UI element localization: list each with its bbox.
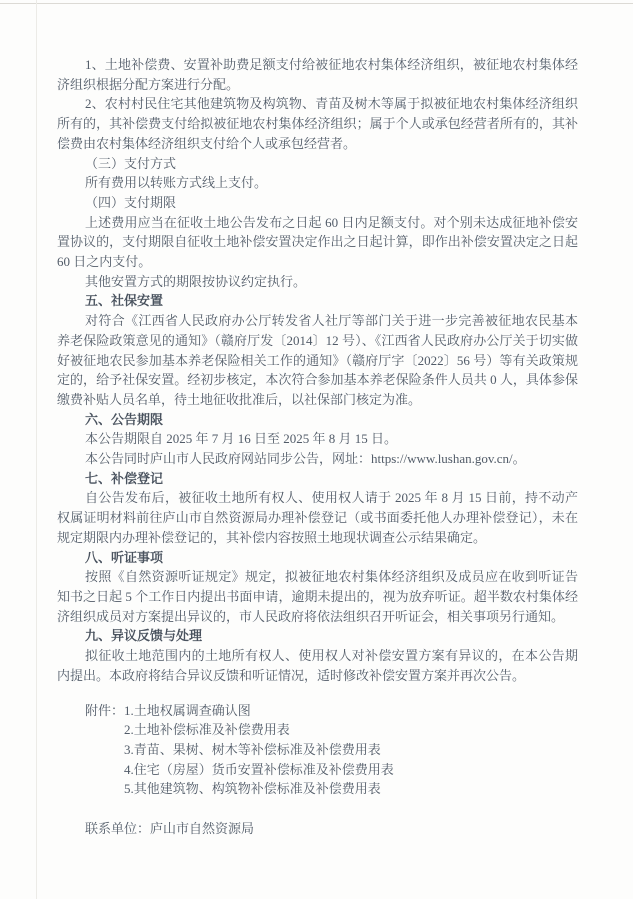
scanned-document-page: 1、土地补偿费、安置补助费足额支付给被征地农村集体经济组织，被征地农村集体经济组… [0, 0, 633, 899]
attachments-list: 1.土地权属调查确认图2.土地补偿标准及补偿费用表3.青苗、果树、树木等补偿标准… [124, 701, 394, 800]
scan-artifact-vertical-line [36, 0, 37, 899]
section-heading: 九、异议反馈与处理 [57, 626, 578, 646]
contact-line: 联系单位：庐山市自然资源局 [57, 819, 578, 839]
paragraph: 1、土地补偿费、安置补助费足额支付给被征地农村集体经济组织，被征地农村集体经济组… [57, 55, 578, 94]
paragraph: 对符合《江西省人民政府办公厅转发省人社厅等部门关于进一步完善被征地农民基本养老保… [57, 311, 578, 410]
paragraph: 自公告发布后，被征收土地所有权人、使用权人请于 2025 年 8 月 15 日前… [57, 488, 578, 547]
attachments-label: 附件： [85, 701, 124, 800]
paragraph: 所有费用以转账方式线上支付。 [57, 173, 578, 193]
paragraph: 上述费用应当在征收土地公告发布之日起 60 日内足额支付。对个别未达成征地补偿安… [57, 213, 578, 272]
paragraph: 拟征收土地范围内的土地所有权人、使用权人对补偿安置方案有异议的，在本公告期内提出… [57, 646, 578, 685]
paragraphs: 1、土地补偿费、安置补助费足额支付给被征地农村集体经济组织，被征地农村集体经济组… [57, 55, 578, 686]
attachment-item: 3.青苗、果树、树木等补偿标准及补偿费用表 [124, 740, 394, 760]
paragraph: 其他安置方式的期限按协议约定执行。 [57, 272, 578, 292]
paragraph: 按照《自然资源听证规定》规定，拟被征地农村集体经济组织及成员应在收到听证告知书之… [57, 567, 578, 626]
section-heading: 八、听证事项 [57, 548, 578, 568]
paragraph: 2、农村村民住宅其他建筑物及构筑物、青苗及树木等属于拟被征地农村集体经济组织所有… [57, 94, 578, 153]
attachment-item: 1.土地权属调查确认图 [124, 701, 394, 721]
attachment-item: 4.住宅（房屋）货币安置补偿标准及补偿费用表 [124, 760, 394, 780]
section-heading: 五、社保安置 [57, 291, 578, 311]
paragraph: （四）支付期限 [57, 193, 578, 213]
scan-artifact-horizontal-line [0, 3, 633, 4]
paragraph: 本公告期限自 2025 年 7 月 16 日至 2025 年 8 月 15 日。 [57, 429, 578, 449]
attachment-item: 5.其他建筑物、构筑物补偿标准及补偿费用表 [124, 779, 394, 799]
section-heading: 七、补偿登记 [57, 469, 578, 489]
document-content: 1、土地补偿费、安置补助费足额支付给被征地农村集体经济组织，被征地农村集体经济组… [57, 55, 578, 839]
attachment-item: 2.土地补偿标准及补偿费用表 [124, 720, 394, 740]
paragraph: （三）支付方式 [57, 154, 578, 174]
attachments-block: 附件： 1.土地权属调查确认图2.土地补偿标准及补偿费用表3.青苗、果树、树木等… [57, 701, 578, 800]
section-heading: 六、公告期限 [57, 410, 578, 430]
paragraph: 本公告同时庐山市人民政府网站同步公告，网址：https://www.lushan… [57, 449, 578, 469]
